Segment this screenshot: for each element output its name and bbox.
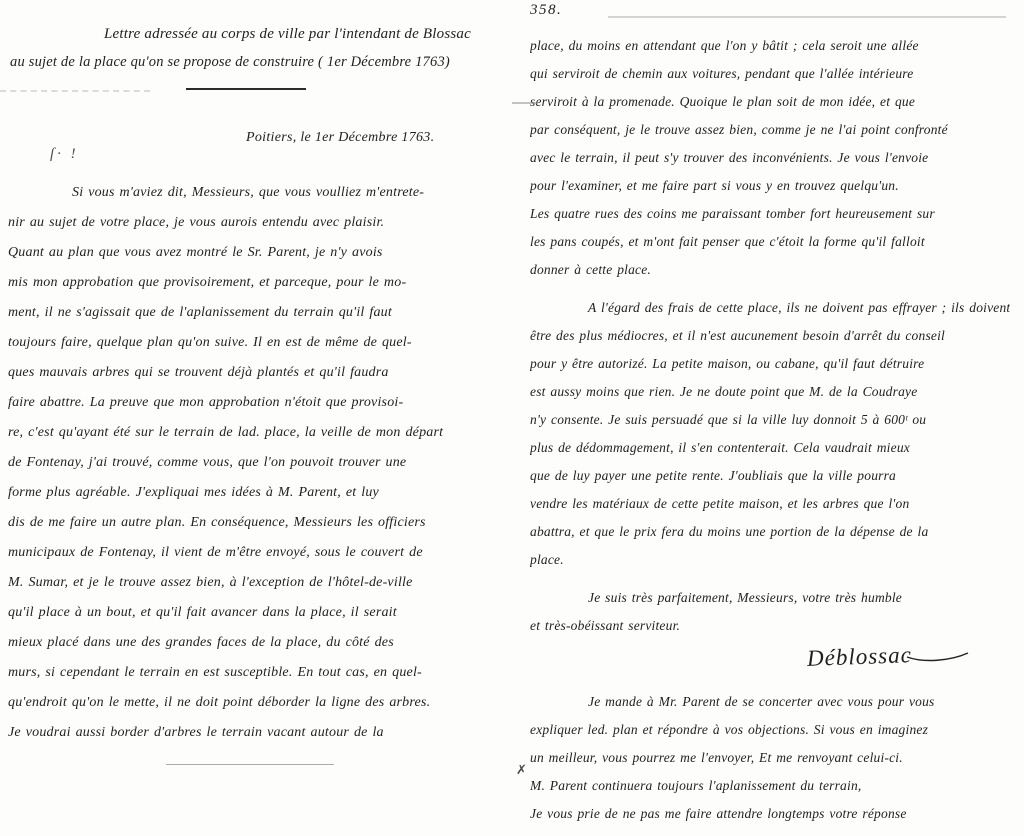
page-end-flourish (166, 764, 334, 765)
manuscript-line: mieux placé dans une des grandes faces d… (8, 628, 492, 658)
manuscript-line: re, c'est qu'ayant été sur le terrain de… (8, 418, 492, 448)
manuscript-line: est aussy moins que rien. Je ne doute po… (530, 378, 1010, 406)
manuscript-line: et très-obéissant serviteur. (530, 612, 1010, 640)
title-line-1: Lettre adressée au corps de ville par l'… (8, 20, 492, 48)
manuscript-line: Je suis très parfaitement, Messieurs, vo… (530, 584, 1010, 612)
manuscript-line: serviroit à la promenade. Quoique le pla… (530, 88, 1010, 116)
paragraph: Si vous m'aviez dit, Messieurs, que vous… (8, 178, 492, 748)
scan-artifact-dash (512, 102, 538, 104)
manuscript-line: pour l'examiner, et me faire part si vou… (530, 172, 1010, 200)
title-line-2: au sujet de la place qu'on se propose de… (8, 48, 492, 76)
ink-mark-scribble: ſ· ! (50, 146, 79, 163)
manuscript-line: les pans coupés, et m'ont fait penser qu… (530, 228, 1010, 256)
manuscript-line: municipaux de Fontenay, il vient de m'êt… (8, 538, 492, 568)
letter-header: Lettre adressée au corps de ville par l'… (8, 20, 492, 90)
signature: Déblossac (807, 642, 913, 672)
manuscript-line: pour y être autorizé. La petite maison, … (530, 350, 1010, 378)
manuscript-line: vendre les matériaux de cette petite mai… (530, 490, 1010, 518)
scan-artifact-dash (608, 16, 1006, 18)
manuscript-line: qui serviroit de chemin aux voitures, pe… (530, 60, 1010, 88)
manuscript-line: Les quatre rues des coins me paraissant … (530, 200, 1010, 228)
page-right: 358. place, du moins en attendant que l'… (512, 0, 1024, 836)
manuscript-line: que de luy payer une petite rente. J'oub… (530, 462, 1010, 490)
manuscript-line: dis de me faire un autre plan. En conséq… (8, 508, 492, 538)
manuscript-line: Je mande à Mr. Parent de se concerter av… (530, 688, 1010, 716)
manuscript-line: M. Parent continuera toujours l'aplaniss… (530, 772, 1010, 800)
paragraph: A l'égard des frais de cette place, ils … (530, 294, 1010, 574)
manuscript-line: place, du moins en attendant que l'on y … (530, 32, 1010, 60)
title-underline (186, 88, 306, 90)
manuscript-line: M. Sumar, et je le trouve assez bien, à … (8, 568, 492, 598)
manuscript-line: Quant au plan que vous avez montré le Sr… (8, 238, 492, 268)
manuscript-line: faire abattre. La preuve que mon approba… (8, 388, 492, 418)
paragraph: place, du moins en attendant que l'on y … (530, 32, 1010, 284)
page-left: Lettre adressée au corps de ville par l'… (0, 0, 512, 836)
letter-body-right: place, du moins en attendant que l'on y … (530, 32, 1010, 640)
manuscript-line: qu'endroit qu'on le mette, il ne doit po… (8, 688, 492, 718)
paragraph: Je suis très parfaitement, Messieurs, vo… (530, 584, 1010, 640)
manuscript-line: n'y consente. Je suis persuadé que si la… (530, 406, 1010, 434)
scan-artifact-dash (0, 90, 150, 92)
manuscript-line: de Fontenay, j'ai trouvé, comme vous, qu… (8, 448, 492, 478)
manuscript-line: ques mauvais arbres qui se trouvent déjà… (8, 358, 492, 388)
manuscript-line: toujours faire, quelque plan qu'on suive… (8, 328, 492, 358)
signature-row: Déblossac (530, 644, 1010, 684)
postscript: Je mande à Mr. Parent de se concerter av… (530, 688, 1010, 828)
manuscript-line: plus de dédommagement, il s'en contenter… (530, 434, 1010, 462)
manuscript-line: par conséquent, je le trouve assez bien,… (530, 116, 1010, 144)
manuscript-line: murs, si cependant le terrain en est sus… (8, 658, 492, 688)
manuscript-line: abattra, et que le prix fera du moins un… (530, 518, 1010, 546)
manuscript-line: Je vous prie de ne pas me faire attendre… (530, 800, 1010, 828)
manuscript-line: un meilleur, vous pourrez me l'envoyer, … (530, 744, 1010, 772)
manuscript-line: Si vous m'aviez dit, Messieurs, que vous… (8, 178, 492, 208)
manuscript-line: mis mon approbation que provisoirement, … (8, 268, 492, 298)
manuscript-line: nir au sujet de votre place, je vous aur… (8, 208, 492, 238)
manuscript-line: être des plus médiocres, et il n'est auc… (530, 322, 1010, 350)
manuscript-line: expliquer led. plan et répondre à vos ob… (530, 716, 1010, 744)
manuscript-line: avec le terrain, il peut s'y trouver des… (530, 144, 1010, 172)
page-number: 358. (530, 2, 562, 19)
manuscript-line: place. (530, 546, 1010, 574)
manuscript-line: Je voudrai aussi border d'arbres le terr… (8, 718, 492, 748)
letter-body-left: Si vous m'aviez dit, Messieurs, que vous… (8, 178, 492, 748)
manuscript-line: donner à cette place. (530, 256, 1010, 284)
ink-mark-insertion-cross: ✗ (516, 762, 527, 778)
dateline: Poitiers, le 1er Décembre 1763. (246, 130, 492, 146)
manuscript-line: A l'égard des frais de cette place, ils … (530, 294, 1010, 322)
manuscript-line: ment, il ne s'agissait que de l'aplaniss… (8, 298, 492, 328)
manuscript-line: forme plus agréable. J'expliquai mes idé… (8, 478, 492, 508)
signature-flourish-stroke (906, 650, 970, 664)
paragraph: Je mande à Mr. Parent de se concerter av… (530, 688, 1010, 828)
manuscript-line: qu'il place à un bout, et qu'il fait ava… (8, 598, 492, 628)
manuscript-scan: Lettre adressée au corps de ville par l'… (0, 0, 1024, 836)
